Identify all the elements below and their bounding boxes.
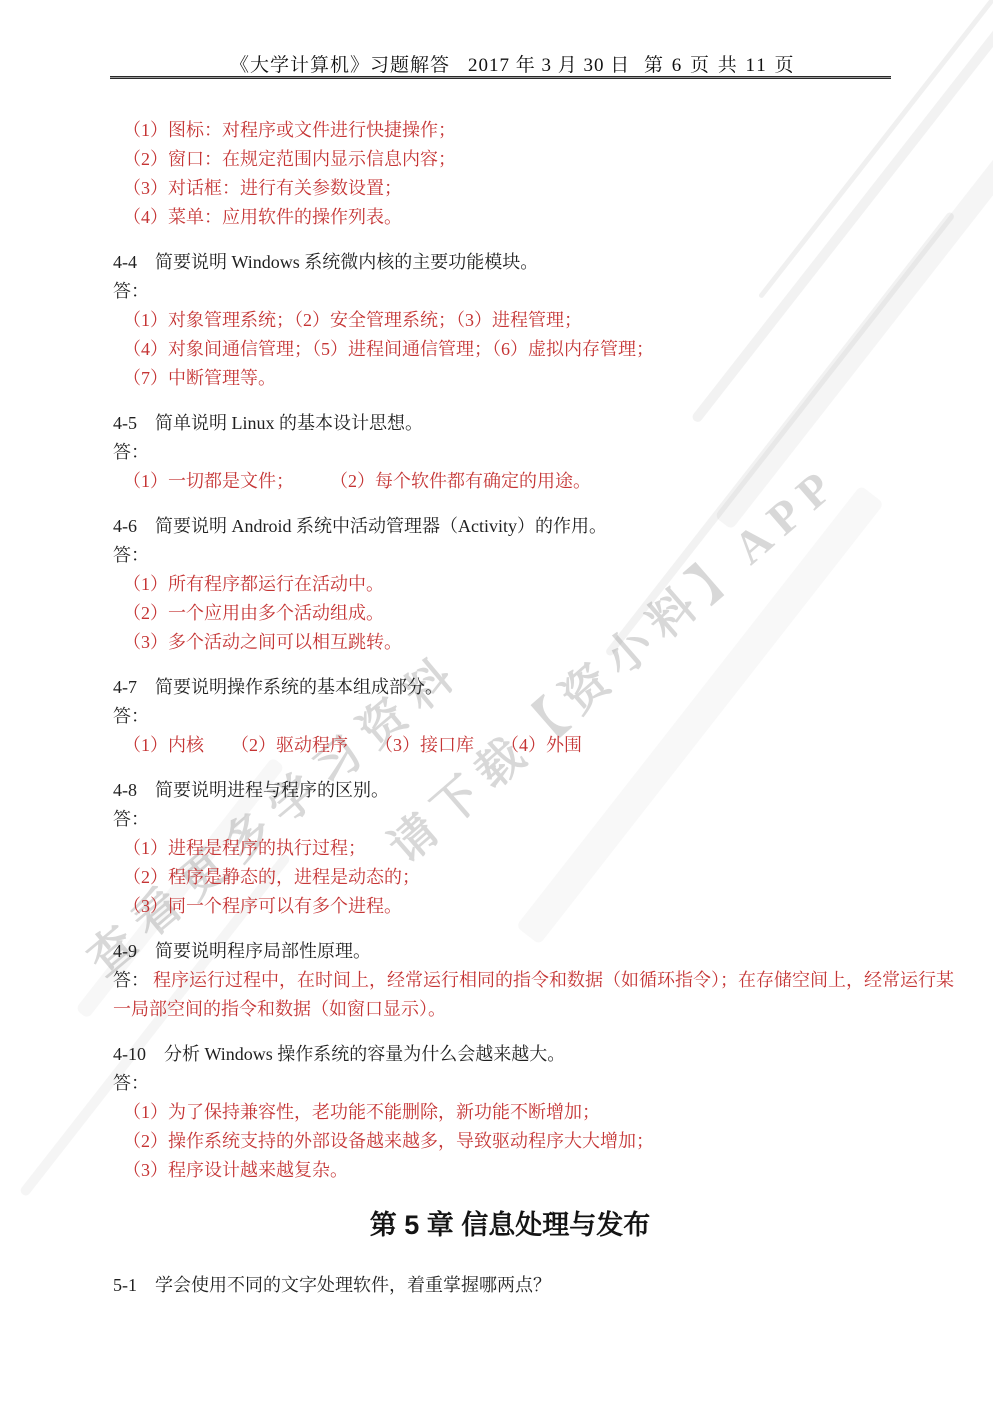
- question-text: 简单说明 Linux 的基本设计思想。: [155, 413, 423, 433]
- question-number: 4-7: [113, 677, 137, 697]
- answer-line: （3）同一个程序可以有多个进程。: [113, 892, 907, 921]
- page-header: 《大学计算机》习题解答 2017 年 3 月 30 日 第 6 页 共 11 页: [0, 50, 993, 76]
- header-rule: [110, 76, 891, 79]
- qa-block-4-4: 4-4简要说明 Windows 系统微内核的主要功能模块。 答： （1）对象管理…: [113, 248, 907, 393]
- answer-paragraph-line: 一局部空间的指令和数据（如窗口显示）。: [113, 995, 907, 1024]
- answer-paragraph-line: 答：程序运行过程中，在时间上，经常运行相同的指令和数据（如循环指令）；在存储空间…: [113, 966, 907, 995]
- question-line: 4-10分析 Windows 操作系统的容量为什么会越来越大。: [113, 1040, 907, 1069]
- answer-line: （2）程序是静态的，进程是动态的；: [113, 863, 907, 892]
- question-line: 4-6简要说明 Android 系统中活动管理器（Activity）的作用。: [113, 512, 907, 541]
- question-line: 4-9简要说明程序局部性原理。: [113, 937, 907, 966]
- question-line: 4-4简要说明 Windows 系统微内核的主要功能模块。: [113, 248, 907, 277]
- answer-label: 答：: [113, 438, 907, 467]
- answer-line: （7）中断管理等。: [113, 364, 907, 393]
- answer-line: （1）内核 （2）驱动程序 （3）接口库 （4）外围: [113, 731, 907, 760]
- question-text: 简要说明 Windows 系统微内核的主要功能模块。: [155, 252, 538, 272]
- answer-line: （1）图标：对程序或文件进行快捷操作；: [113, 116, 907, 145]
- answer-label: 答：: [113, 702, 907, 731]
- question-text: 简要说明 Android 系统中活动管理器（Activity）的作用。: [155, 516, 607, 536]
- question-number: 4-8: [113, 780, 137, 800]
- question-text: 简要说明进程与程序的区别。: [155, 780, 389, 800]
- qa-block-4-10: 4-10分析 Windows 操作系统的容量为什么会越来越大。 答： （1）为了…: [113, 1040, 907, 1185]
- header-title: 《大学计算机》习题解答: [230, 50, 450, 77]
- question-number: 4-9: [113, 941, 137, 961]
- qa-block-4-5: 4-5简单说明 Linux 的基本设计思想。 答： （1）一切都是文件； （2）…: [113, 409, 907, 496]
- answer-label: 答：: [113, 970, 149, 990]
- qa-block-4-6: 4-6简要说明 Android 系统中活动管理器（Activity）的作用。 答…: [113, 512, 907, 657]
- question-text: 简要说明程序局部性原理。: [155, 941, 371, 961]
- question-number: 4-5: [113, 413, 137, 433]
- answer-block-4-3: （1）图标：对程序或文件进行快捷操作； （2）窗口：在规定范围内显示信息内容； …: [113, 116, 907, 232]
- answer-line: （2）操作系统支持的外部设备越来越多，导致驱动程序大大增加；: [113, 1127, 907, 1156]
- question-line: 5-1学会使用不同的文字处理软件，着重掌握哪两点？: [113, 1271, 907, 1300]
- question-number: 4-4: [113, 252, 137, 272]
- question-text: 简要说明操作系统的基本组成部分。: [155, 677, 443, 697]
- question-text: 学会使用不同的文字处理软件，着重掌握哪两点？: [155, 1275, 551, 1295]
- chapter-heading: 第 5 章 信息处理与发布: [113, 1207, 907, 1243]
- qa-block-5-1: 5-1学会使用不同的文字处理软件，着重掌握哪两点？: [113, 1271, 907, 1300]
- document-page: 查看更多学习资料 请下载【资小料】APP 《大学计算机》习题解答 2017 年 …: [0, 0, 993, 1404]
- header-page-info: 第 6 页 共 11 页: [644, 50, 796, 77]
- answer-line: （1）进程是程序的执行过程；: [113, 834, 907, 863]
- document-body: （1）图标：对程序或文件进行快捷操作； （2）窗口：在规定范围内显示信息内容； …: [113, 116, 907, 1300]
- answer-line: （1）一切都是文件； （2）每个软件都有确定的用途。: [113, 467, 907, 496]
- answer-line: （2）一个应用由多个活动组成。: [113, 599, 907, 628]
- answer-label: 答：: [113, 541, 907, 570]
- answer-label: 答：: [113, 1069, 907, 1098]
- answer-line: （4）对象间通信管理；（5）进程间通信管理；（6）虚拟内存管理；: [113, 335, 907, 364]
- question-number: 4-10: [113, 1044, 146, 1064]
- qa-block-4-8: 4-8简要说明进程与程序的区别。 答： （1）进程是程序的执行过程； （2）程序…: [113, 776, 907, 921]
- question-line: 4-8简要说明进程与程序的区别。: [113, 776, 907, 805]
- answer-line: （2）窗口：在规定范围内显示信息内容；: [113, 145, 907, 174]
- answer-line: （3）程序设计越来越复杂。: [113, 1156, 907, 1185]
- question-number: 5-1: [113, 1275, 137, 1295]
- qa-block-4-9: 4-9简要说明程序局部性原理。 答：程序运行过程中，在时间上，经常运行相同的指令…: [113, 937, 907, 1024]
- answer-inline-text: 程序运行过程中，在时间上，经常运行相同的指令和数据（如循环指令）；在存储空间上，…: [153, 970, 954, 990]
- answer-line: （1）对象管理系统；（2）安全管理系统；（3）进程管理；: [113, 306, 907, 335]
- answer-label: 答：: [113, 805, 907, 834]
- answer-line: （3）对话框：进行有关参数设置；: [113, 174, 907, 203]
- question-line: 4-7简要说明操作系统的基本组成部分。: [113, 673, 907, 702]
- answer-line: （1）为了保持兼容性，老功能不能删除，新功能不断增加；: [113, 1098, 907, 1127]
- answer-line: （1）所有程序都运行在活动中。: [113, 570, 907, 599]
- answer-line: （3）多个活动之间可以相互跳转。: [113, 628, 907, 657]
- answer-label: 答：: [113, 277, 907, 306]
- question-text: 分析 Windows 操作系统的容量为什么会越来越大。: [164, 1044, 565, 1064]
- header-date: 2017 年 3 月 30 日: [468, 50, 630, 77]
- answer-line: （4）菜单：应用软件的操作列表。: [113, 203, 907, 232]
- question-line: 4-5简单说明 Linux 的基本设计思想。: [113, 409, 907, 438]
- qa-block-4-7: 4-7简要说明操作系统的基本组成部分。 答： （1）内核 （2）驱动程序 （3）…: [113, 673, 907, 760]
- question-number: 4-6: [113, 516, 137, 536]
